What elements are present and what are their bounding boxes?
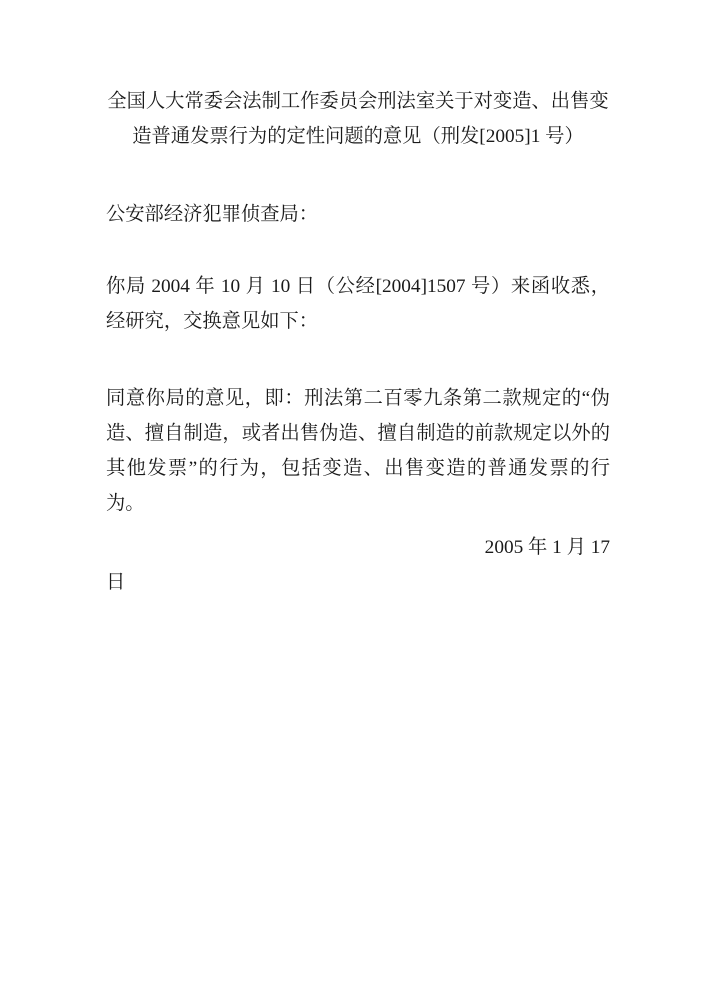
paragraph-opinion-body: 同意你局的意见，即：刑法第二百零九条第二款规定的“伪造、擅自制造，或者出售伪造、… bbox=[106, 381, 610, 521]
closing-date-line: 2005 年 1 月 17 bbox=[106, 530, 610, 565]
closing-date-wrapped-character: 日 bbox=[106, 565, 610, 600]
document-title: 全国人大常委会法制工作委员会刑法室关于对变造、出售变造普通发票行为的定性问题的意… bbox=[106, 84, 610, 154]
document-page: 全国人大常委会法制工作委员会刑法室关于对变造、出售变造普通发票行为的定性问题的意… bbox=[0, 0, 707, 999]
paragraph-letter-receipt: 你局 2004 年 10 月 10 日（公经[2004]1507 号）来函收悉，… bbox=[106, 269, 610, 339]
salutation-line: 公安部经济犯罪侦查局： bbox=[106, 197, 610, 232]
closing-date-block: 2005 年 1 月 17 日 bbox=[106, 530, 610, 600]
